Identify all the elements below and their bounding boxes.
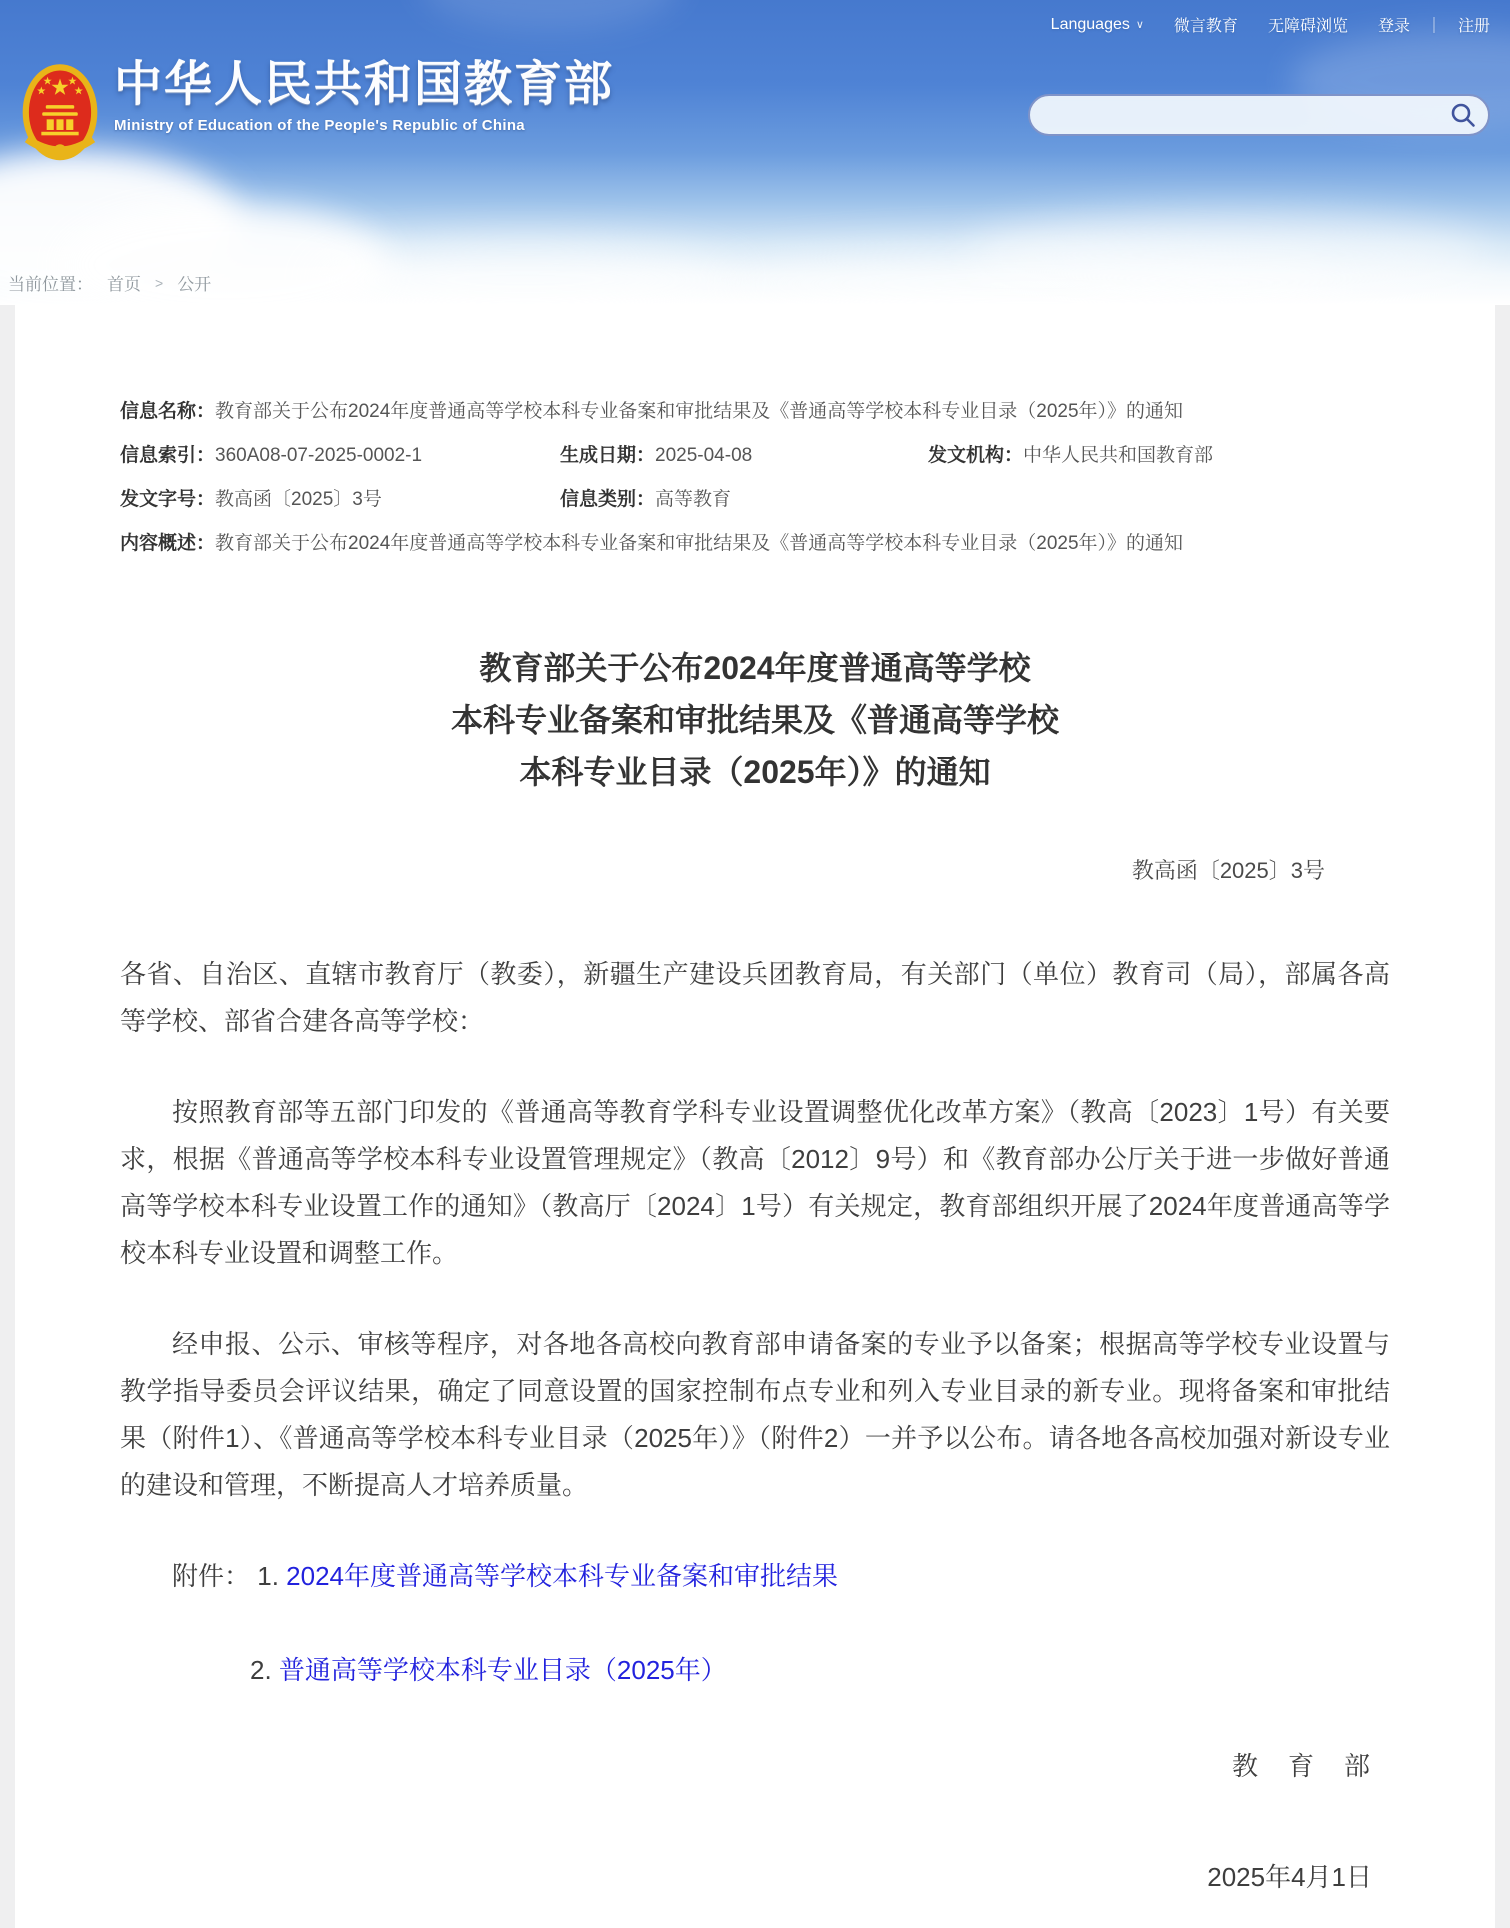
site-header: Languages ∨ 微言教育 无障碍浏览 登录 ｜ 注册 中华人民共 <box>0 0 1510 305</box>
content-panel: 信息名称： 教育部关于公布2024年度普通高等学校本科专业备案和审批结果及《普通… <box>15 305 1495 1928</box>
breadcrumb: 当前位置： 首页 > 公开 <box>8 270 211 295</box>
nav-divider: ｜ <box>1426 13 1442 36</box>
breadcrumb-home-link[interactable]: 首页 <box>107 270 141 295</box>
meta-agency-label: 发文机构： <box>928 443 1023 469</box>
attachment-2-link[interactable]: 普通高等学校本科专业目录（2025年） <box>279 1655 727 1685</box>
paragraph-body-2: 经申报、公示、审核等程序，对各地各高校向教育部申请备案的专业予以备案；根据高等学… <box>120 1321 1390 1509</box>
nav-weiyan-jiaoyu[interactable]: 微言教育 <box>1174 13 1238 36</box>
attachment-2-prefix: 2. <box>250 1655 272 1685</box>
nav-register[interactable]: 注册 <box>1458 13 1490 36</box>
document-meta-table: 信息名称： 教育部关于公布2024年度普通高等学校本科专业备案和审批结果及《普通… <box>120 390 1390 566</box>
search-input[interactable] <box>1030 96 1446 134</box>
paragraph-salutation: 各省、自治区、直辖市教育厅（教委），新疆生产建设兵团教育局，有关部门（单位）教育… <box>120 951 1390 1045</box>
breadcrumb-separator: > <box>155 275 163 291</box>
meta-row-index: 信息索引： 360A08-07-2025-0002-1 生成日期： 2025-0… <box>120 434 1390 478</box>
meta-name-label: 信息名称： <box>120 399 215 425</box>
site-title-chinese: 中华人民共和国教育部 <box>114 55 614 115</box>
attachments-label: 附件： <box>172 1561 250 1591</box>
attachment-1-link[interactable]: 2024年度普通高等学校本科专业备案和审批结果 <box>286 1561 838 1591</box>
meta-pair-date: 生成日期： 2025-04-08 <box>560 443 928 469</box>
cloud-decoration <box>970 212 1490 298</box>
issuing-authority-signature: 教 育 部 <box>120 1746 1390 1783</box>
document-number: 教高函〔2025〕3号 <box>120 854 1390 885</box>
site-brand[interactable]: 中华人民共和国教育部 Ministry of Education of the … <box>20 55 614 169</box>
meta-pair-agency: 发文机构： 中华人民共和国教育部 <box>928 443 1213 469</box>
brand-text: 中华人民共和国教育部 Ministry of Education of the … <box>114 55 614 134</box>
nav-languages-label: Languages <box>1051 16 1130 34</box>
meta-row-summary: 内容概述： 教育部关于公布2024年度普通高等学校本科专业备案和审批结果及《普通… <box>120 522 1390 566</box>
chevron-down-icon: ∨ <box>1136 18 1144 31</box>
meta-name-value: 教育部关于公布2024年度普通高等学校本科专业备案和审批结果及《普通高等学校本科… <box>215 399 1183 425</box>
meta-row-docno: 发文字号： 教高函〔2025〕3号 信息类别： 高等教育 <box>120 478 1390 522</box>
document-title-line3: 本科专业目录（2025年）》的通知 <box>120 746 1390 798</box>
meta-summary-label: 内容概述： <box>120 531 215 557</box>
document-title: 教育部关于公布2024年度普通高等学校 本科专业备案和审批结果及《普通高等学校 … <box>120 642 1390 798</box>
document-body: 各省、自治区、直辖市教育厅（教委），新疆生产建设兵团教育局，有关部门（单位）教育… <box>120 951 1390 1509</box>
document-title-line2: 本科专业备案和审批结果及《普通高等学校 <box>120 694 1390 746</box>
meta-pair-index: 信息索引： 360A08-07-2025-0002-1 <box>120 443 560 469</box>
paragraph-body-1: 按照教育部等五部门印发的《普通高等教育学科专业设置调整优化改革方案》（教高〔20… <box>120 1089 1390 1277</box>
document-title-line1: 教育部关于公布2024年度普通高等学校 <box>120 642 1390 694</box>
meta-docno-label: 发文字号： <box>120 487 215 513</box>
attachment-line-2: 2. 普通高等学校本科专业目录（2025年） <box>120 1647 1390 1694</box>
nav-languages[interactable]: Languages ∨ <box>1051 16 1144 34</box>
meta-pair-category: 信息类别： 高等教育 <box>560 487 731 513</box>
search-icon <box>1450 102 1476 128</box>
search-bar <box>1028 94 1490 136</box>
meta-date-label: 生成日期： <box>560 443 655 469</box>
meta-docno-value: 教高函〔2025〕3号 <box>215 487 382 513</box>
meta-index-value: 360A08-07-2025-0002-1 <box>215 443 422 469</box>
meta-row-name: 信息名称： 教育部关于公布2024年度普通高等学校本科专业备案和审批结果及《普通… <box>120 390 1390 434</box>
search-button[interactable] <box>1446 98 1480 132</box>
nav-login[interactable]: 登录 <box>1378 13 1410 36</box>
breadcrumb-prefix: 当前位置： <box>8 270 93 295</box>
meta-pair-docno: 发文字号： 教高函〔2025〕3号 <box>120 487 560 513</box>
attachment-line-1: 附件： 1. 2024年度普通高等学校本科专业备案和审批结果 <box>120 1553 1390 1600</box>
attachment-1-prefix: 1. <box>257 1561 279 1591</box>
meta-category-label: 信息类别： <box>560 487 655 513</box>
site-title-english: Ministry of Education of the People's Re… <box>114 117 614 134</box>
document-date: 2025年4月1日 <box>120 1857 1390 1894</box>
meta-category-value: 高等教育 <box>655 487 731 513</box>
meta-summary-value: 教育部关于公布2024年度普通高等学校本科专业备案和审批结果及《普通高等学校本科… <box>215 531 1183 557</box>
breadcrumb-current-link[interactable]: 公开 <box>177 270 211 295</box>
meta-agency-value: 中华人民共和国教育部 <box>1023 443 1213 469</box>
cloud-decoration <box>420 0 680 30</box>
nav-accessibility[interactable]: 无障碍浏览 <box>1268 13 1348 36</box>
top-nav: Languages ∨ 微言教育 无障碍浏览 登录 ｜ 注册 <box>1051 13 1490 36</box>
meta-index-label: 信息索引： <box>120 443 215 469</box>
meta-date-value: 2025-04-08 <box>655 443 752 469</box>
national-emblem-logo <box>20 59 100 169</box>
